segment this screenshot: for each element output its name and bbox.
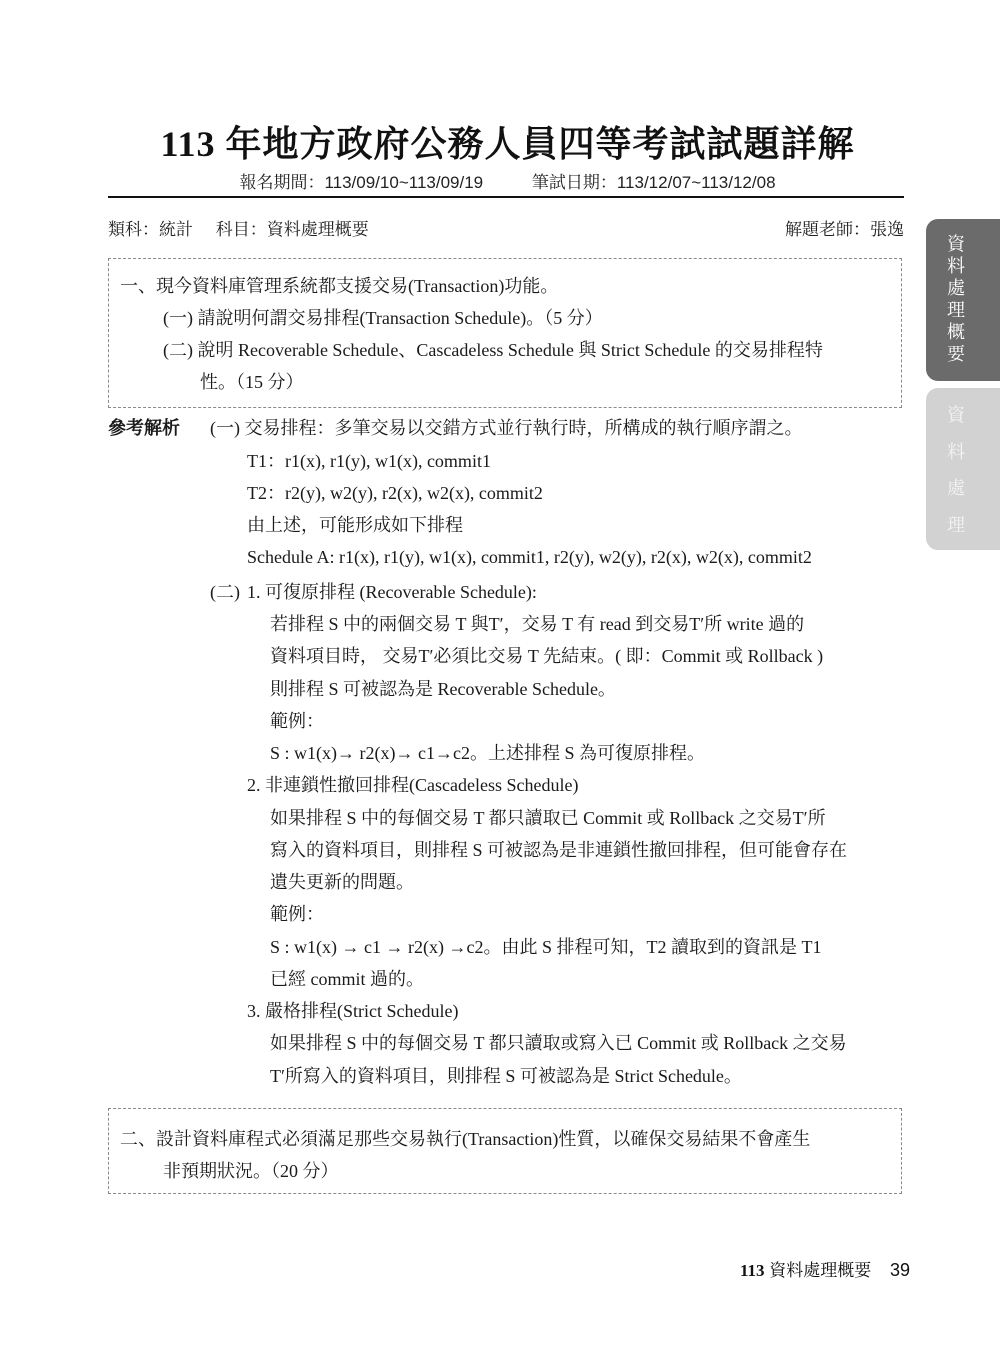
written-exam-dates: 筆試日期：113/12/07~113/12/08 <box>532 173 776 192</box>
subject: 科目：資料處理概要 <box>216 220 369 239</box>
item-3-line: 如果排程 S 中的每個交易 T 都只讀取或寫入已 Commit 或 Rollba… <box>270 1031 847 1055</box>
question-2-line-2: 非預期狀況。（20 分） <box>163 1159 339 1183</box>
page-title: 113 年地方政府公務人員四等考試試題詳解 <box>0 116 1000 167</box>
tab-char: 處 <box>947 278 965 300</box>
transaction-t1: T1：r1(x), r1(y), w1(x), commit1 <box>247 449 491 473</box>
question-1-part-1: (一) 請說明何謂交易排程(Transaction Schedule)。（5 分… <box>163 306 603 330</box>
teacher: 解題老師：張逸 <box>785 215 904 240</box>
item-2-line: 範例： <box>270 902 324 926</box>
item-2-line: 寫入的資料項目，則排程 S 可被認為是非連鎖性撤回排程，但可能會存在 <box>270 838 847 862</box>
item-1-line: 範例： <box>270 709 324 733</box>
answer-part-1-head: (一) 交易排程：多筆交易以交錯方式並行執行時，所構成的執行順序謂之。 <box>210 416 803 440</box>
tab-char: 資 <box>947 234 965 256</box>
page-footer: 113 資料處理概要 39 <box>740 1256 910 1281</box>
question-1-part-2: (二) 說明 Recoverable Schedule、Cascadeless … <box>163 338 823 362</box>
question-1-stem: 一、現今資料庫管理系統都支援交易(Transaction)功能。 <box>120 274 558 298</box>
item-1-line: 資料項目時， 交易T′必須比交易 T 先結束。( 即：Commit 或 Roll… <box>270 644 823 668</box>
answer-part-2-prefix: (二) <box>210 580 240 604</box>
item-1-title: 1. 可復原排程 (Recoverable Schedule): <box>247 580 537 604</box>
item-3-title: 3. 嚴格排程(Strict Schedule) <box>247 999 458 1023</box>
tab-char: 理 <box>947 511 965 537</box>
item-2-line: 如果排程 S 中的每個交易 T 都只讀取已 Commit 或 Rollback … <box>270 806 826 830</box>
transaction-t2: T2：r2(y), w2(y), r2(x), w2(x), commit2 <box>247 481 543 505</box>
item-1-line: 若排程 S 中的兩個交易 T 與T′，交易 T 有 read 到交易T′所 wr… <box>270 612 804 636</box>
item-2-line: 已經 commit 過的。 <box>270 967 424 991</box>
item-3-line: T′所寫入的資料項目，則排程 S 可被認為是 Strict Schedule。 <box>270 1064 742 1088</box>
tab-char: 處 <box>947 474 965 500</box>
registration-period: 報名期間：113/09/10~113/09/19 <box>239 173 483 192</box>
schedule-lead: 由上述，可能形成如下排程 <box>247 513 463 537</box>
tab-char: 料 <box>947 256 965 278</box>
question-2-line-1: 二、設計資料庫程式必須滿足那些交易執行(Transaction)性質，以確保交易… <box>120 1127 810 1151</box>
item-1-line: 則排程 S 可被認為是 Recoverable Schedule。 <box>270 677 616 701</box>
side-tab-inactive[interactable]: 資 料 處 理 <box>926 388 1000 550</box>
schedule-a: Schedule A: r1(x), r1(y), w1(x), commit1… <box>247 545 812 569</box>
tab-char: 資 <box>947 401 965 427</box>
footer-year: 113 <box>740 1261 765 1280</box>
meta-row: 類科：統計 科目：資料處理概要 解題老師：張逸 <box>108 215 904 240</box>
category: 類科：統計 <box>108 220 193 239</box>
tab-char: 料 <box>947 438 965 464</box>
header-divider <box>108 196 904 198</box>
exam-dates: 報名期間：113/09/10~113/09/19 筆試日期：113/12/07~… <box>0 168 1000 193</box>
tab-char: 理 <box>947 300 965 322</box>
side-tab-active[interactable]: 資 料 處 理 概 要 <box>926 219 1000 381</box>
tab-char: 要 <box>947 344 965 366</box>
page-number: 39 <box>890 1260 910 1280</box>
footer-book: 資料處理概要 <box>769 1261 871 1280</box>
answer-label: 參考解析 <box>108 416 180 440</box>
tab-char: 概 <box>947 322 965 344</box>
item-2-line: S : w1(x) → c1 → r2(x) →c2。由此 S 排程可知，T2 … <box>270 935 821 959</box>
item-2-title: 2. 非連鎖性撤回排程(Cascadeless Schedule) <box>247 773 578 797</box>
item-2-line: 遺失更新的問題。 <box>270 870 414 894</box>
question-1-part-2-cont: 性。（15 分） <box>200 370 304 394</box>
item-1-line: S : w1(x)→ r2(x)→ c1→c2。上述排程 S 為可復原排程。 <box>270 741 705 765</box>
